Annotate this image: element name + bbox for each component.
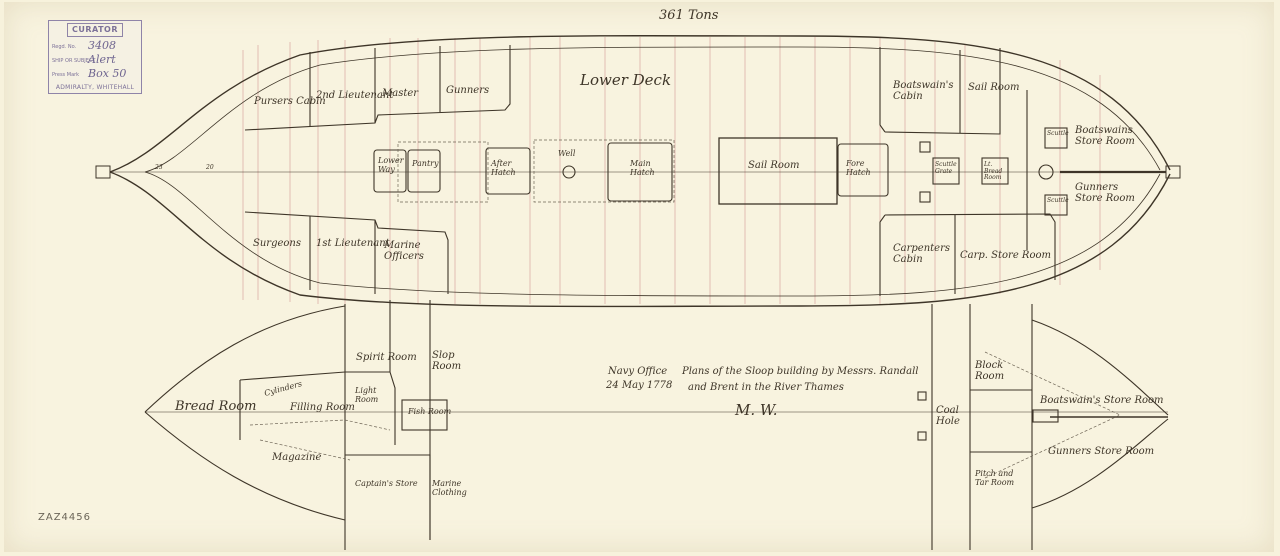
room-label-gunners: Gunners bbox=[446, 85, 489, 96]
room-label-master: Master bbox=[382, 88, 418, 99]
room-label-gunners-store: Gunners Store Room bbox=[1048, 446, 1154, 457]
tonnage-title: 361 Tons bbox=[659, 9, 718, 23]
room-label-slop-room: Slop Room bbox=[432, 350, 462, 372]
inscription-title-line1: Plans of the Sloop building by Messrs. R… bbox=[682, 366, 918, 377]
inscription-title-line2: and Brent in the River Thames bbox=[688, 382, 844, 393]
room-label-spirit-room: Spirit Room bbox=[356, 352, 417, 363]
room-label-captains-store: Captain's Store bbox=[355, 480, 418, 489]
room-label-after-hatch: After Hatch bbox=[491, 160, 527, 178]
lower-hull-outline bbox=[145, 300, 1168, 550]
stamp-header: CURATOR bbox=[67, 23, 123, 37]
room-label-boatswains-store: Boatswain's Store Room bbox=[1040, 395, 1164, 406]
room-label-boatswains-cabin: Boatswain's Cabin bbox=[893, 80, 953, 102]
room-label-gunners-store-room: Gunners Store Room bbox=[1075, 182, 1145, 204]
room-label-well: Well bbox=[558, 150, 575, 159]
deck-label: Lower Deck bbox=[580, 72, 671, 89]
room-label-pursers-cabin: Pursers Cabin bbox=[254, 96, 326, 107]
room-label-1st-lieutenant: 1st Lieutenant bbox=[316, 238, 390, 249]
room-label-fish-room: Fish Room bbox=[408, 408, 451, 417]
room-label-scuttle-1: Scuttle bbox=[1047, 131, 1069, 138]
room-label-bread-room: Bread Room bbox=[175, 400, 256, 414]
room-label-pitch-and-tar-room: Pitch and Tar Room bbox=[975, 470, 1027, 488]
room-label-block-room: Block Room bbox=[975, 360, 1015, 382]
room-label-magazine: Magazine bbox=[272, 452, 321, 463]
inscription-signature: M. W. bbox=[735, 402, 777, 419]
room-label-filling-room: Filling Room bbox=[290, 402, 355, 413]
room-label-pantry: Pantry bbox=[412, 160, 439, 169]
room-label-fore-hatch: Fore Hatch bbox=[846, 160, 884, 178]
inscription-date: 24 May 1778 bbox=[606, 380, 672, 391]
reference-number: ZAZ4456 bbox=[38, 512, 91, 523]
room-label-sail-room: Sail Room bbox=[968, 82, 1019, 93]
inscription-office: Navy Office bbox=[608, 366, 667, 377]
room-label-sail-room-centre: Sail Room bbox=[748, 160, 799, 171]
room-label-boatswains-store-room: Boatswains Store Room bbox=[1075, 125, 1145, 147]
room-label-lower-way: Lower Way bbox=[378, 157, 404, 175]
room-label-marine-clothing: Marine Clothing bbox=[432, 480, 468, 498]
curator-stamp: CURATOR Regd. No. 3408 SHIP OR SUBJECT A… bbox=[48, 20, 142, 94]
marker-20: 20 bbox=[206, 165, 214, 172]
room-label-main-hatch: Main Hatch bbox=[630, 160, 668, 178]
room-label-scuttle-grate: Scuttle Grate bbox=[935, 162, 959, 175]
room-label-marine-officers: Marine Officers bbox=[384, 240, 439, 262]
room-label-coal-hole: Coal Hole bbox=[936, 405, 966, 427]
room-label-carpenters-cabin: Carpenters Cabin bbox=[893, 243, 948, 265]
marker-23: 23 bbox=[155, 165, 163, 172]
room-label-scuttle-2: Scuttle bbox=[1047, 198, 1069, 205]
room-label-surgeons: Surgeons bbox=[253, 238, 301, 249]
room-label-carpenters-store-room: Carp. Store Room bbox=[960, 250, 1051, 261]
room-label-bread-room-small: Lt. Bread Room bbox=[984, 162, 1008, 182]
room-label-light-room: Light Room bbox=[355, 387, 383, 405]
stamp-footer: ADMIRALTY, WHITEHALL bbox=[51, 84, 139, 91]
